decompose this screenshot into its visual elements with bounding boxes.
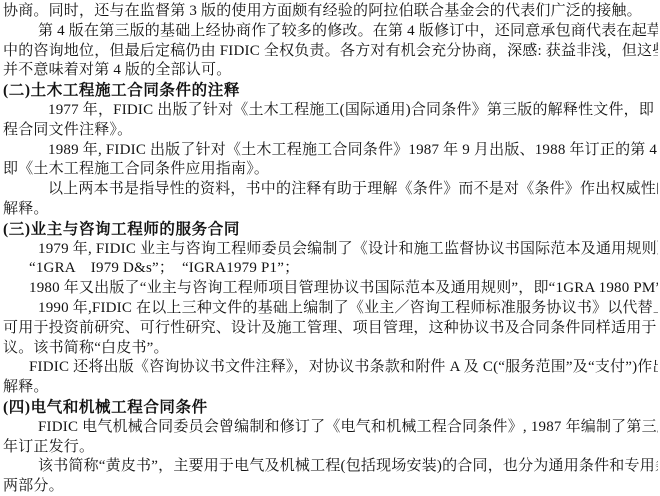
section-heading-client-consultant-service: (三)业主与咨询工程师的服务合同 <box>3 220 658 240</box>
text-line: 解释。 <box>3 200 658 220</box>
text-line: 该书简称“黄皮书”，主要用于电气及机械工程(包括现场安装)的合同，也分为通用条件… <box>3 457 658 477</box>
section-heading-civil-works-notes: (二)土木工程施工合同条件的注释 <box>3 81 658 101</box>
text-line: 1979 年, FIDIC 业主与咨询工程师委员会编制了《设计和施工监督协议书国… <box>3 240 658 260</box>
document-page: 协商。同时，还与在监督第 3 版的使用方面颇有经验的阿拉伯联合基金会的代表们广泛… <box>0 0 660 496</box>
text-line: 协商。同时，还与在监督第 3 版的使用方面颇有经验的阿拉伯联合基金会的代表们广泛… <box>3 2 658 22</box>
text-line: 议。该书简称“白皮书”。 <box>3 339 658 359</box>
section-heading-electrical-mechanical: (四)电气和机械工程合同条件 <box>3 398 658 418</box>
text-line: 并不意味着对第 4 版的全部认可。 <box>3 61 658 81</box>
text-line: “1GRA I979 D&s”； “IGRA1979 P1”； <box>3 259 658 279</box>
text-line: 两部分。 <box>3 477 658 496</box>
text-line: 第 4 版在第三版的基础上经协商作了较多的修改。在第 4 版修订中，还同意承包商… <box>3 22 658 42</box>
text-line: FIDIC 还将出版《咨询协议书文件注释》，对协议书条款和附件 A 及 C(“服… <box>3 358 658 378</box>
text-line: 即《土木工程施工合同条件应用指南》。 <box>3 160 658 180</box>
text-line: 可用于投资前研究、可行性研究、设计及施工管理、项目管理，这种协议书及合同条件同样… <box>3 319 658 339</box>
text-line: 程合同文件注释》。 <box>3 121 658 141</box>
text-line: FIDIC 电气机械合同委员会曾编制和修订了《电气和机械工程合同条件》, 198… <box>3 418 658 438</box>
text-line: 以上两本书是指导性的资料，书中的注释有助于理解《条件》而不是对《条件》作出权威性… <box>3 180 658 200</box>
text-line: 1989 年, FIDIC 出版了针对《土木工程施工合同条件》1987 年 9 … <box>3 141 658 161</box>
text-line: 中的咨询地位，但最后定稿仍由 FIDIC 全权负责。各方对有机会充分协商，深感:… <box>3 42 658 62</box>
text-line: 解释。 <box>3 378 658 398</box>
text-line: 1980 年又出版了“业主与咨询工程师项目管理协议书国际范本及通用规则”，即“1… <box>3 279 658 299</box>
text-line: 1977 年，FIDIC 出版了针对《土木工程施工(国际通用)合同条件》第三版的… <box>3 101 658 121</box>
text-line: 1990 年,FIDIC 在以上三种文件的基础上编制了《业主／咨询工程师标准服务… <box>3 299 658 319</box>
text-line: 年订正发行。 <box>3 438 658 458</box>
